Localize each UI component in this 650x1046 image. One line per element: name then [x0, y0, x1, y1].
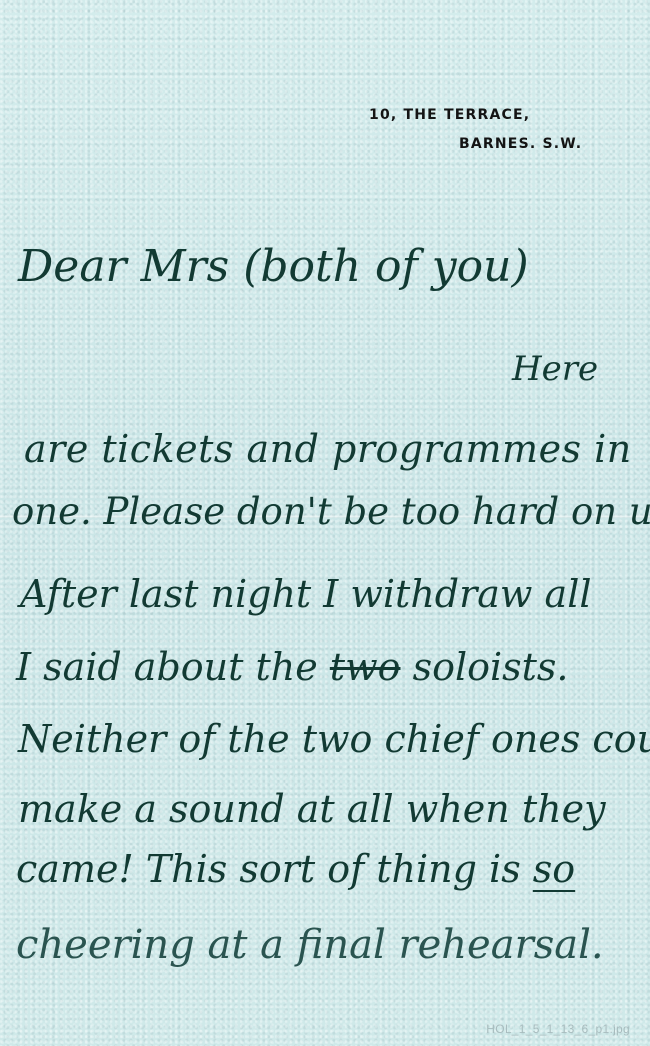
letterhead-address-line-2: BARNES. S.W. — [459, 136, 582, 152]
salutation: Dear Mrs (both of you) — [18, 245, 529, 289]
letter-line-6: make a sound at all when they — [18, 790, 606, 828]
letter-line-5: Neither of the two chief ones could — [18, 720, 650, 758]
letter-line-7: came! This sort of thing is so — [16, 850, 575, 888]
letter-line-7-before: came! This sort of thing is — [16, 847, 533, 891]
letter-line-2: one. Please don't be too hard on us. — [12, 493, 650, 530]
letter-page: 10, THE TERRACE, BARNES. S.W. Dear Mrs (… — [0, 0, 650, 1046]
struck-word: two — [330, 645, 401, 689]
letter-line-3: After last night I withdraw all — [20, 575, 592, 613]
letterhead-address-line-1: 10, THE TERRACE, — [369, 107, 530, 123]
letter-line-4: I said about the two soloists. — [16, 648, 568, 686]
filename-watermark: HOL_1_5_1_13_6_p1.jpg — [486, 1022, 630, 1036]
letter-line-8: cheering at a final rehearsal. — [16, 925, 604, 965]
letter-line-4-before: I said about the — [16, 645, 330, 689]
underlined-word: so — [533, 847, 575, 891]
opening-word: Here — [512, 352, 598, 386]
letter-line-1: are tickets and programmes in — [24, 430, 632, 468]
letter-line-4-after: soloists. — [400, 645, 568, 689]
